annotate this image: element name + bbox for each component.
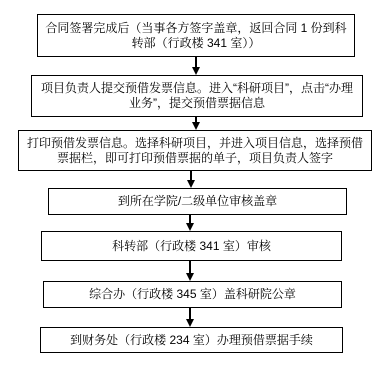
arrow-stem [189, 308, 191, 319]
flow-step-label: 项目负责人提交预借发票信息。进入“科研项目”，点击“办理业务”，提交预借票据信息 [36, 81, 358, 111]
flow-step-tech-transfer-review: 科转部（行政楼 341 室）审核 [41, 231, 342, 261]
arrow-head [192, 122, 200, 130]
flow-step-general-office-seal: 综合办（行政楼 345 室）盖科研院公章 [43, 281, 342, 308]
arrow-down-icon [185, 261, 194, 281]
arrow-head [186, 273, 194, 281]
arrow-stem [189, 215, 191, 223]
arrow-down-icon [185, 308, 194, 327]
flow-step-contract-signed: 合同签署完成后（当事各方签字盖章，返回合同 1 份到科转部（行政楼 341 室）… [37, 14, 355, 57]
arrow-stem [189, 261, 191, 273]
arrow-down-icon [191, 117, 200, 130]
arrow-stem [190, 171, 192, 180]
flow-step-college-review-stamp: 到所在学院/二级单位审核盖章 [48, 188, 347, 215]
flow-step-label: 打印预借发票信息。选择科研项目，并进入项目信息，选择预借票据栏，即可打印预借票据… [23, 136, 367, 166]
arrow-head [192, 67, 200, 75]
arrow-down-icon [186, 171, 195, 188]
flow-step-label: 到所在学院/二级单位审核盖章 [118, 194, 277, 209]
arrow-down-icon [191, 57, 200, 75]
flow-step-label: 合同签署完成后（当事各方签字盖章，返回合同 1 份到科转部（行政楼 341 室）… [42, 21, 350, 51]
flow-step-submit-invoice-info: 项目负责人提交预借发票信息。进入“科研项目”，点击“办理业务”，提交预借票据信息 [31, 75, 363, 117]
flowchart-canvas: 合同签署完成后（当事各方签字盖章，返回合同 1 份到科转部（行政楼 341 室）… [0, 0, 392, 370]
arrow-stem [195, 57, 197, 67]
flow-step-label: 到财务处（行政楼 234 室）办理预借票据手续 [70, 333, 313, 348]
arrow-down-icon [185, 215, 194, 231]
flow-step-label: 科转部（行政楼 341 室）审核 [112, 239, 271, 254]
arrow-head [187, 180, 195, 188]
flow-step-label: 综合办（行政楼 345 室）盖科研院公章 [89, 287, 296, 302]
arrow-head [186, 319, 194, 327]
flow-step-finance-office-procedure: 到财务处（行政楼 234 室）办理预借票据手续 [40, 327, 343, 353]
arrow-head [186, 223, 194, 231]
flow-step-print-invoice-form: 打印预借发票信息。选择科研项目，并进入项目信息，选择预借票据栏，即可打印预借票据… [18, 130, 372, 171]
